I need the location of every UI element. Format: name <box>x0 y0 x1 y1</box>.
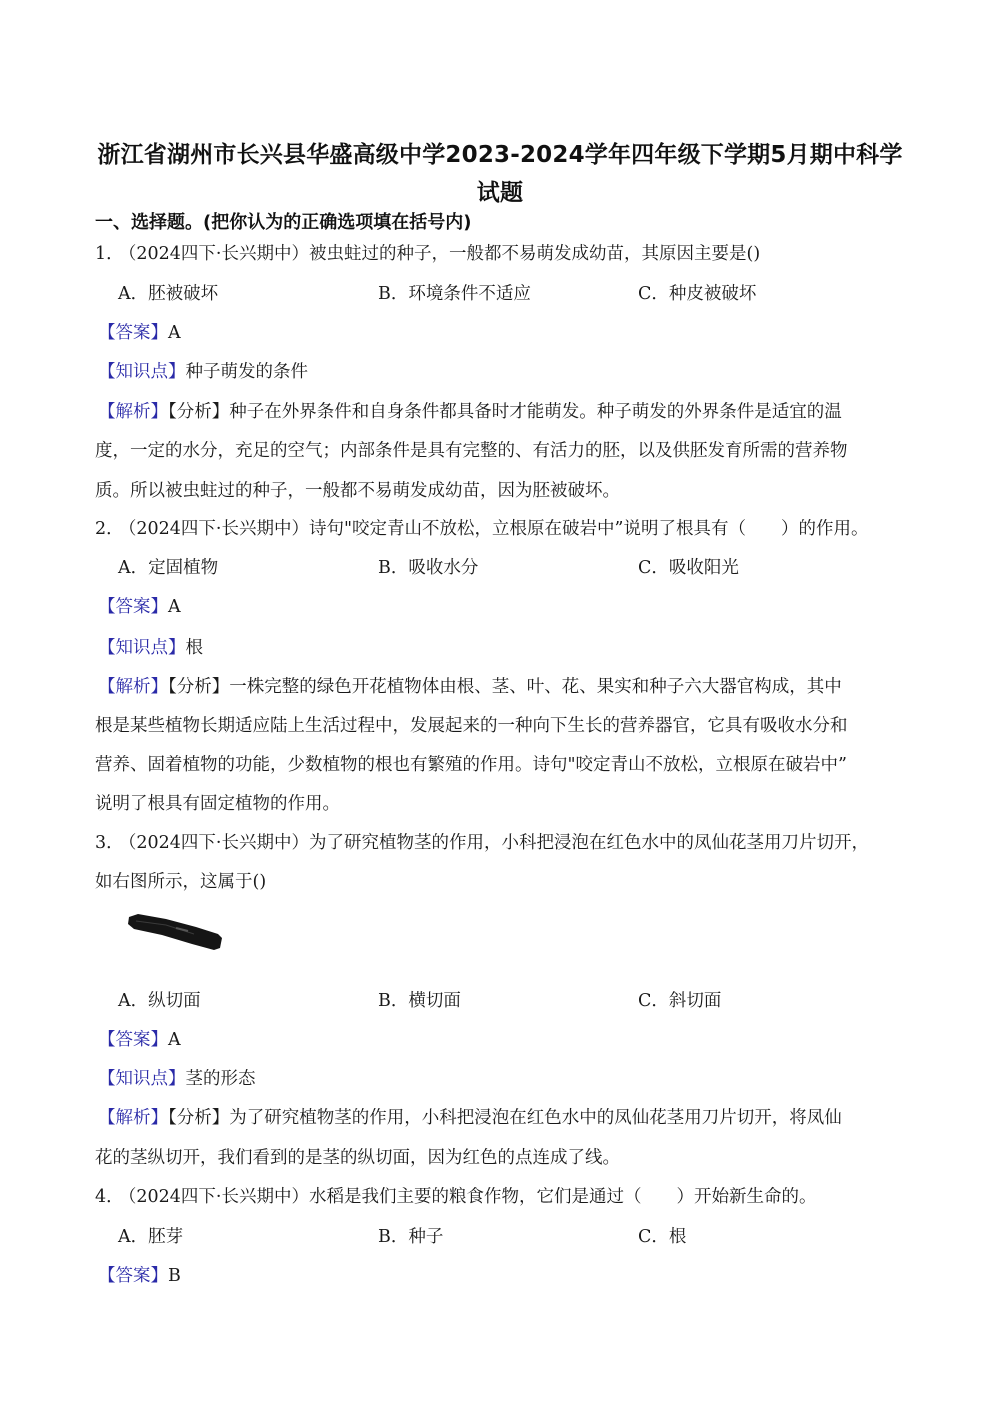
document-title-line-2: 试题 <box>95 174 905 207</box>
question-2-analysis-line-1: 【解析】【分析】一株完整的绿色开花植物体由根、茎、叶、花、果实和种子六大器官构成… <box>98 675 842 699</box>
question-4-stem: 4．（2024四下·长兴期中）水稻是我们主要的粮食作物，它们是通过（ ）开始新生… <box>95 1185 817 1209</box>
question-1-text: （2024四下·长兴期中）被虫蛀过的种子，一般都不易萌发成幼苗，其原因主要是() <box>128 244 761 264</box>
question-4-option-c: C．根 <box>638 1225 686 1249</box>
question-3-analysis-line-1: 【解析】【分析】为了研究植物茎的作用，小科把浸泡在红色水中的凤仙花茎用刀片切开，… <box>98 1106 842 1130</box>
question-3-option-c: C．斜切面 <box>638 989 721 1013</box>
knowledge-label: 【知识点】 <box>98 1069 186 1089</box>
exam-page: 浙江省湖州市长兴县华盛高级中学2023-2024学年四年级下学期5月期中科学 试… <box>0 0 1000 1414</box>
answer-label: 【答案】 <box>98 1030 168 1050</box>
question-1-number: 1． <box>95 244 124 264</box>
question-2-analysis-line-4: 说明了根具有固定植物的作用。 <box>95 792 340 816</box>
question-2-option-a: A．定固植物 <box>118 556 218 580</box>
question-3-stem-line-2: 如右图所示，这属于() <box>95 870 266 894</box>
question-4-option-a: A．胚芽 <box>118 1225 183 1249</box>
question-1-analysis-line-1: 【解析】【分析】种子在外界条件和自身条件都具备时才能萌发。种子萌发的外界条件是适… <box>98 400 842 424</box>
question-3-option-a: A．纵切面 <box>118 989 201 1013</box>
question-3-text: （2024四下·长兴期中）为了研究植物茎的作用，小科把浸泡在红色水中的凤仙花茎用… <box>128 833 869 853</box>
answer-value: A <box>168 597 181 617</box>
analysis-sub-label: 【分析】 <box>168 677 229 697</box>
question-1-option-b: B．环境条件不适应 <box>378 282 531 306</box>
question-1-stem: 1．（2024四下·长兴期中）被虫蛀过的种子，一般都不易萌发成幼苗，其原因主要是… <box>95 242 760 266</box>
question-2-answer: 【答案】A <box>98 595 181 619</box>
question-1-knowledge: 【知识点】种子萌发的条件 <box>98 360 308 384</box>
answer-label: 【答案】 <box>98 1266 168 1286</box>
analysis-label: 【解析】 <box>98 1108 168 1128</box>
knowledge-value: 种子萌发的条件 <box>186 362 309 382</box>
question-3-number: 3． <box>95 833 124 853</box>
question-4-option-b: B．种子 <box>378 1225 443 1249</box>
question-2-option-c: C．吸收阳光 <box>638 556 739 580</box>
analysis-sub-label: 【分析】 <box>168 1108 229 1128</box>
knowledge-label: 【知识点】 <box>98 638 186 658</box>
question-4-text: （2024四下·长兴期中）水稻是我们主要的粮食作物，它们是通过（ ）开始新生命的… <box>128 1187 817 1207</box>
analysis-text: 一株完整的绿色开花植物体由根、茎、叶、花、果实和种子六大器官构成，其中 <box>229 677 842 697</box>
question-3-knowledge: 【知识点】茎的形态 <box>98 1067 256 1091</box>
section-heading: 一、选择题。(把你认为的正确选项填在括号内) <box>95 208 471 234</box>
analysis-sub-label: 【分析】 <box>168 402 229 422</box>
question-2-analysis-line-3: 营养、固着植物的功能，少数植物的根也有繁殖的作用。诗句"咬定青山不放松，立根原在… <box>95 753 847 777</box>
question-1-option-a: A．胚被破坏 <box>118 282 218 306</box>
question-1-analysis-line-2: 度，一定的水分，充足的空气；内部条件是具有完整的、有活力的胚，以及供胚发育所需的… <box>95 439 848 463</box>
knowledge-value: 茎的形态 <box>186 1069 256 1089</box>
stem-section-image <box>126 912 224 952</box>
answer-value: A <box>168 323 181 343</box>
analysis-label: 【解析】 <box>98 677 168 697</box>
question-3-analysis-line-2: 花的茎纵切开，我们看到的是茎的纵切面，因为红色的点连成了线。 <box>95 1146 620 1170</box>
question-1-option-c: C．种皮被破坏 <box>638 282 756 306</box>
document-title-line-1: 浙江省湖州市长兴县华盛高级中学2023-2024学年四年级下学期5月期中科学 <box>95 136 905 169</box>
question-1-answer: 【答案】A <box>98 321 181 345</box>
knowledge-label: 【知识点】 <box>98 362 186 382</box>
question-2-stem: 2．（2024四下·长兴期中）诗句"咬定青山不放松，立根原在破岩中”说明了根具有… <box>95 517 868 541</box>
question-4-number: 4． <box>95 1187 124 1207</box>
question-2-number: 2． <box>95 519 124 539</box>
question-4-answer: 【答案】B <box>98 1264 181 1288</box>
answer-value: B <box>168 1266 181 1286</box>
answer-label: 【答案】 <box>98 597 168 617</box>
analysis-text: 种子在外界条件和自身条件都具备时才能萌发。种子萌发的外界条件是适宜的温 <box>229 402 842 422</box>
question-3-option-b: B．横切面 <box>378 989 461 1013</box>
knowledge-value: 根 <box>186 638 204 658</box>
question-2-text: （2024四下·长兴期中）诗句"咬定青山不放松，立根原在破岩中”说明了根具有（ … <box>128 519 869 539</box>
question-1-analysis-line-3: 质。所以被虫蛀过的种子，一般都不易萌发成幼苗，因为胚被破坏。 <box>95 479 620 503</box>
question-2-option-b: B．吸收水分 <box>378 556 478 580</box>
analysis-text: 为了研究植物茎的作用，小科把浸泡在红色水中的凤仙花茎用刀片切开，将凤仙 <box>229 1108 842 1128</box>
analysis-label: 【解析】 <box>98 402 168 422</box>
answer-value: A <box>168 1030 181 1050</box>
question-3-stem: 3．（2024四下·长兴期中）为了研究植物茎的作用，小科把浸泡在红色水中的凤仙花… <box>95 831 869 855</box>
question-3-answer: 【答案】A <box>98 1028 181 1052</box>
answer-label: 【答案】 <box>98 323 168 343</box>
question-2-knowledge: 【知识点】根 <box>98 636 203 660</box>
question-2-analysis-line-2: 根是某些植物长期适应陆上生活过程中，发展起来的一种向下生长的营养器官，它具有吸收… <box>95 714 848 738</box>
